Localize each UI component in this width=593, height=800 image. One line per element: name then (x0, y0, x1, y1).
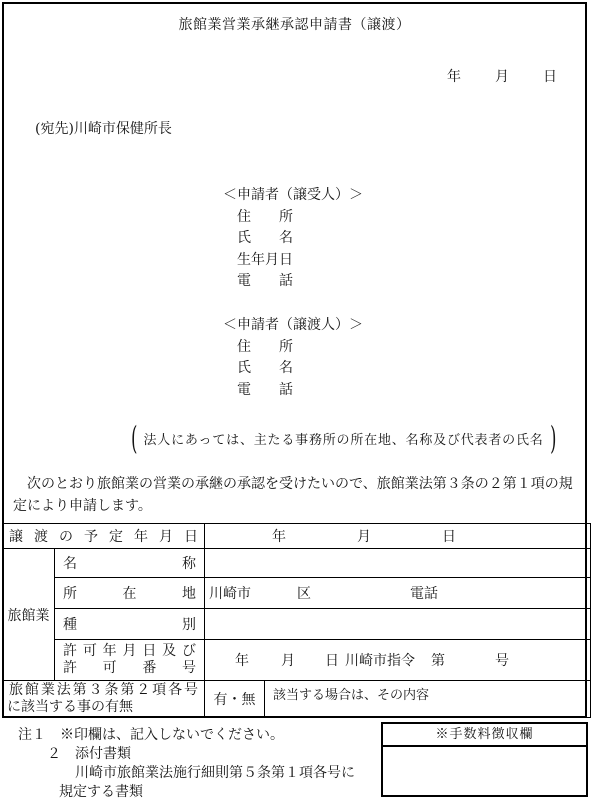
transfer-date-blanks: 年月日 (205, 526, 590, 546)
location-value-parts: 川崎市区電話 (205, 583, 590, 603)
ryokan-group-label: 旅館業 (3, 549, 55, 681)
permit-value-parts: 年月日川崎市指令第号 (205, 650, 590, 670)
yes-no-choice: 有・無 (205, 681, 265, 718)
transferor-name-label: 氏 名 (237, 358, 363, 380)
form-title: 旅館業営業承継承認申請書（譲渡） (4, 14, 585, 34)
location-label: 所在地 (55, 583, 204, 603)
transfer-date-label-cell: 譲渡の予定年月日 (3, 524, 205, 549)
applicable-note-cell: 該当する場合は、その内容 (265, 681, 591, 718)
name-label: 名称 (55, 553, 204, 573)
declaration-line1: 次のとおり旅館業の営業の承継の承認を受けたいので、旅館業法第３条の２第１項の規 (13, 473, 586, 495)
close-paren: ) (550, 422, 556, 454)
type-label-cell: 種別 (55, 609, 205, 640)
transferor-block: ＜申請者（譲渡人）＞ 住 所 氏 名 電 話 (223, 315, 363, 401)
footnote-3: 川崎市旅館業法施行細則第５条第１項各号に (75, 764, 355, 783)
permit-label-line2: 許可番号 (55, 660, 204, 677)
corporate-note-text: 法人にあっては、主たる事務所の所在地、名称及び代表者の氏名 (143, 429, 543, 448)
eligibility-label-line2: に該当する事の有無 (3, 699, 204, 716)
transferee-phone-label: 電 話 (237, 271, 363, 293)
transferor-phone-label: 電 話 (237, 380, 363, 402)
application-form-page: 旅館業営業承継承認申請書（譲渡） 年月日 (宛先)川崎市保健所長 ＜申請者（譲受… (0, 0, 593, 800)
open-paren: ( (131, 422, 137, 454)
permit-label-cell: 許可年月日及び 許可番号 (55, 640, 205, 681)
transferor-heading: ＜申請者（譲渡人）＞ (223, 315, 363, 337)
transfer-date-value-cell: 年月日 (205, 524, 591, 549)
declaration-paragraph: 次のとおり旅館業の営業の承継の承認を受けたいので、旅館業法第３条の２第１項の規 … (13, 473, 586, 517)
eligibility-label-cell: 旅館業法第３条第２項各号 に該当する事の有無 (3, 681, 205, 718)
fee-collection-box: ※手数料徴収欄 (381, 722, 588, 797)
type-value-cell (205, 609, 591, 640)
transferee-address-label: 住 所 (237, 207, 363, 229)
application-table: 譲渡の予定年月日 年月日 旅館業 名称 所在地 川崎市区電話 (2, 523, 591, 718)
type-label: 種別 (55, 614, 204, 634)
permit-label-line1: 許可年月日及び (55, 643, 204, 660)
name-label-cell: 名称 (55, 549, 205, 578)
footnotes-block: 注１ ※印欄は、記入しないでください。 ２ 添付書類 川崎市旅館業法施行細則第５… (0, 726, 355, 800)
transferee-heading: ＜申請者（譲受人）＞ (223, 185, 363, 207)
footnote-2: ２ 添付書類 (47, 745, 355, 764)
transfer-date-label: 譲渡の予定年月日 (3, 526, 204, 546)
declaration-line2: 定により申請します。 (13, 495, 586, 517)
permit-value-cell: 年月日川崎市指令第号 (205, 640, 591, 681)
footnote-4: 規定する書類 (59, 783, 355, 800)
transferor-address-label: 住 所 (237, 337, 363, 359)
addressee-line: (宛先)川崎市保健所長 (35, 118, 172, 138)
transferee-name-label: 氏 名 (237, 228, 363, 250)
transferee-birthdate-label: 生年月日 (237, 250, 363, 272)
location-label-cell: 所在地 (55, 578, 205, 609)
corporate-note: ( 法人にあっては、主たる事務所の所在地、名称及び代表者の氏名 ) (128, 422, 559, 454)
date-blank-line: 年月日 (447, 66, 557, 86)
form-border-sheet: 旅館業営業承継承認申請書（譲渡） 年月日 (宛先)川崎市保健所長 ＜申請者（譲受… (2, 2, 587, 718)
fee-box-title: ※手数料徴収欄 (383, 724, 586, 747)
location-value-cell: 川崎市区電話 (205, 578, 591, 609)
eligibility-label-line1: 旅館業法第３条第２項各号 (3, 682, 204, 699)
footnote-1: 注１ ※印欄は、記入しないでください。 (18, 726, 355, 745)
transferee-block: ＜申請者（譲受人）＞ 住 所 氏 名 生年月日 電 話 (223, 185, 363, 293)
name-value-cell (205, 549, 591, 578)
